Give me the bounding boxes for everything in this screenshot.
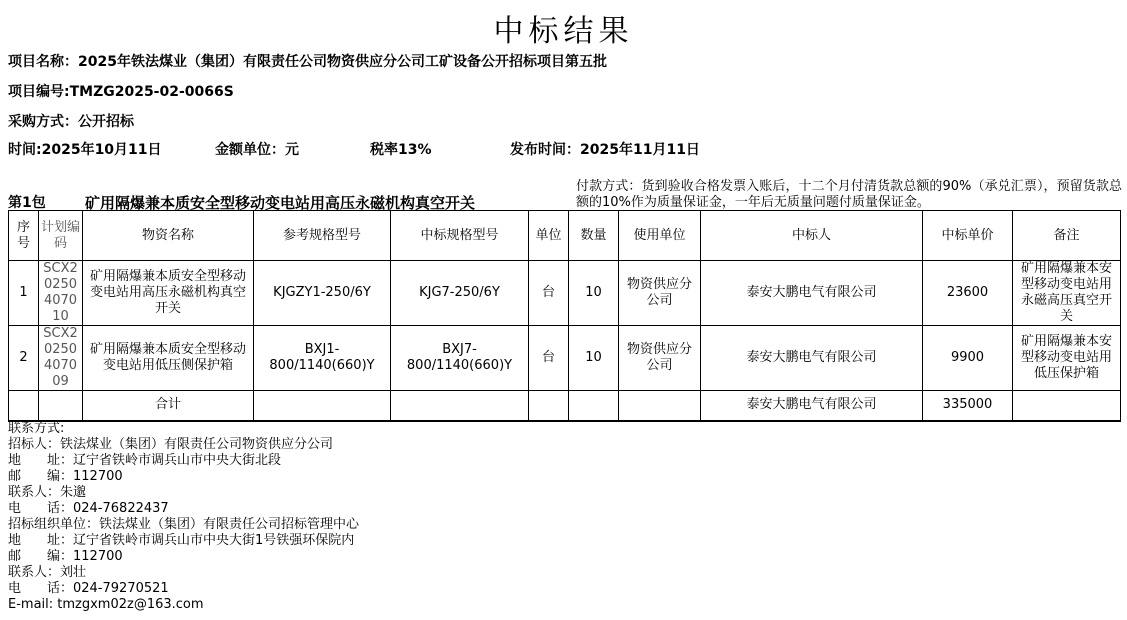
payment-terms: 付款方式：货到验收合格发票入账后，十二个月付清货款总额的90%（承兑汇票），预留… <box>576 179 1122 211</box>
cell-ref-model: BXJ1-800/1140(660)Y <box>254 326 391 391</box>
header-winner: 中标人 <box>701 211 923 261</box>
contact-section: 联系方式: 招标人：铁法煤业（集团）有限责任公司物资供应分公司 地 址：辽宁省铁… <box>8 421 359 613</box>
contact-organizer: 招标组织单位：铁法煤业（集团）有限责任公司招标管理中心 <box>8 517 359 533</box>
table-row: 1 SCX20250407010 矿用隔爆兼本质安全型移动变电站用高压永磁机构真… <box>9 261 1121 326</box>
cell-winner: 泰安大鹏电气有限公司 <box>701 261 923 326</box>
cell-qty: 10 <box>569 326 619 391</box>
cell-empty <box>254 391 391 421</box>
cell-win-model: KJG7-250/6Y <box>391 261 529 326</box>
cell-unit: 台 <box>529 261 569 326</box>
cell-empty <box>9 391 39 421</box>
cell-total-amount: 335000 <box>923 391 1013 421</box>
cell-empty <box>39 391 83 421</box>
cell-remark: 矿用隔爆兼本安型移动变电站用永磁高压真空开关 <box>1013 261 1121 326</box>
cell-seq: 2 <box>9 326 39 391</box>
cell-seq: 1 <box>9 261 39 326</box>
header-plan-code: 计划编码 <box>39 211 83 261</box>
cell-user-unit: 物资供应分公司 <box>619 326 701 391</box>
cell-plan-code: SCX20250407009 <box>39 326 83 391</box>
cell-unit-price: 9900 <box>923 326 1013 391</box>
cell-material: 矿用隔爆兼本质安全型移动变电站用低压侧保护箱 <box>83 326 254 391</box>
contact-postcode-2: 邮 编：112700 <box>8 549 359 565</box>
tax-rate: 税率13% <box>370 139 432 159</box>
cell-empty <box>529 391 569 421</box>
cell-empty <box>1013 391 1121 421</box>
package-label: 第1包 <box>8 192 46 212</box>
bid-result-document: 中标结果 项目名称：2025年铁法煤业（集团）有限责任公司物资供应分公司工矿设备… <box>0 0 1127 620</box>
amount-unit: 金额单位：元 <box>215 139 299 159</box>
header-seq: 序号 <box>9 211 39 261</box>
project-name-line: 项目名称：2025年铁法煤业（集团）有限责任公司物资供应分公司工矿设备公开招标项… <box>8 51 607 71</box>
header-unit: 单位 <box>529 211 569 261</box>
contact-email: E-mail: tmzgxm02z@163.com <box>8 597 359 613</box>
cell-plan-code: SCX20250407010 <box>39 261 83 326</box>
table-total-row: 合计 泰安大鹏电气有限公司 335000 <box>9 391 1121 421</box>
header-material: 物资名称 <box>83 211 254 261</box>
cell-unit-price: 23600 <box>923 261 1013 326</box>
cell-user-unit: 物资供应分公司 <box>619 261 701 326</box>
contact-address-1: 地 址：辽宁省铁岭市调兵山市中央大街北段 <box>8 453 359 469</box>
cell-empty <box>391 391 529 421</box>
procurement-method-line: 采购方式：公开招标 <box>8 111 134 131</box>
cell-empty <box>569 391 619 421</box>
contact-bidder: 招标人：铁法煤业（集团）有限责任公司物资供应分公司 <box>8 437 359 453</box>
header-win-model: 中标规格型号 <box>391 211 529 261</box>
table-header-row: 序号 计划编码 物资名称 参考规格型号 中标规格型号 单位 数量 使用单位 中标… <box>9 211 1121 261</box>
contact-heading: 联系方式: <box>8 421 359 437</box>
cell-total-label: 合计 <box>83 391 254 421</box>
cell-material: 矿用隔爆兼本质安全型移动变电站用高压永磁机构真空开关 <box>83 261 254 326</box>
cell-total-winner: 泰安大鹏电气有限公司 <box>701 391 923 421</box>
bid-result-table: 序号 计划编码 物资名称 参考规格型号 中标规格型号 单位 数量 使用单位 中标… <box>8 210 1121 422</box>
contact-person-1: 联系人：朱邈 <box>8 485 359 501</box>
publish-time: 发布时间：2025年11月11日 <box>510 139 700 159</box>
page-title: 中标结果 <box>0 6 1127 50</box>
header-user-unit: 使用单位 <box>619 211 701 261</box>
cell-unit: 台 <box>529 326 569 391</box>
contact-postcode-1: 邮 编：112700 <box>8 469 359 485</box>
bid-time: 时间:2025年10月11日 <box>8 139 162 159</box>
cell-win-model: BXJ7-800/1140(660)Y <box>391 326 529 391</box>
project-code-line: 项目编号:TMZG2025-02-0066S <box>8 81 234 101</box>
header-ref-model: 参考规格型号 <box>254 211 391 261</box>
header-qty: 数量 <box>569 211 619 261</box>
contact-person-2: 联系人：刘壮 <box>8 565 359 581</box>
contact-address-2: 地 址：辽宁省铁岭市调兵山市中央大街1号铁强环保院内 <box>8 533 359 549</box>
contact-phone-1: 电 话：024-76822437 <box>8 501 359 517</box>
cell-qty: 10 <box>569 261 619 326</box>
header-unit-price: 中标单价 <box>923 211 1013 261</box>
header-remark: 备注 <box>1013 211 1121 261</box>
cell-remark: 矿用隔爆兼本安型移动变电站用低压保护箱 <box>1013 326 1121 391</box>
contact-phone-2: 电 话：024-79270521 <box>8 581 359 597</box>
cell-empty <box>619 391 701 421</box>
cell-winner: 泰安大鹏电气有限公司 <box>701 326 923 391</box>
cell-ref-model: KJGZY1-250/6Y <box>254 261 391 326</box>
table-row: 2 SCX20250407009 矿用隔爆兼本质安全型移动变电站用低压侧保护箱 … <box>9 326 1121 391</box>
